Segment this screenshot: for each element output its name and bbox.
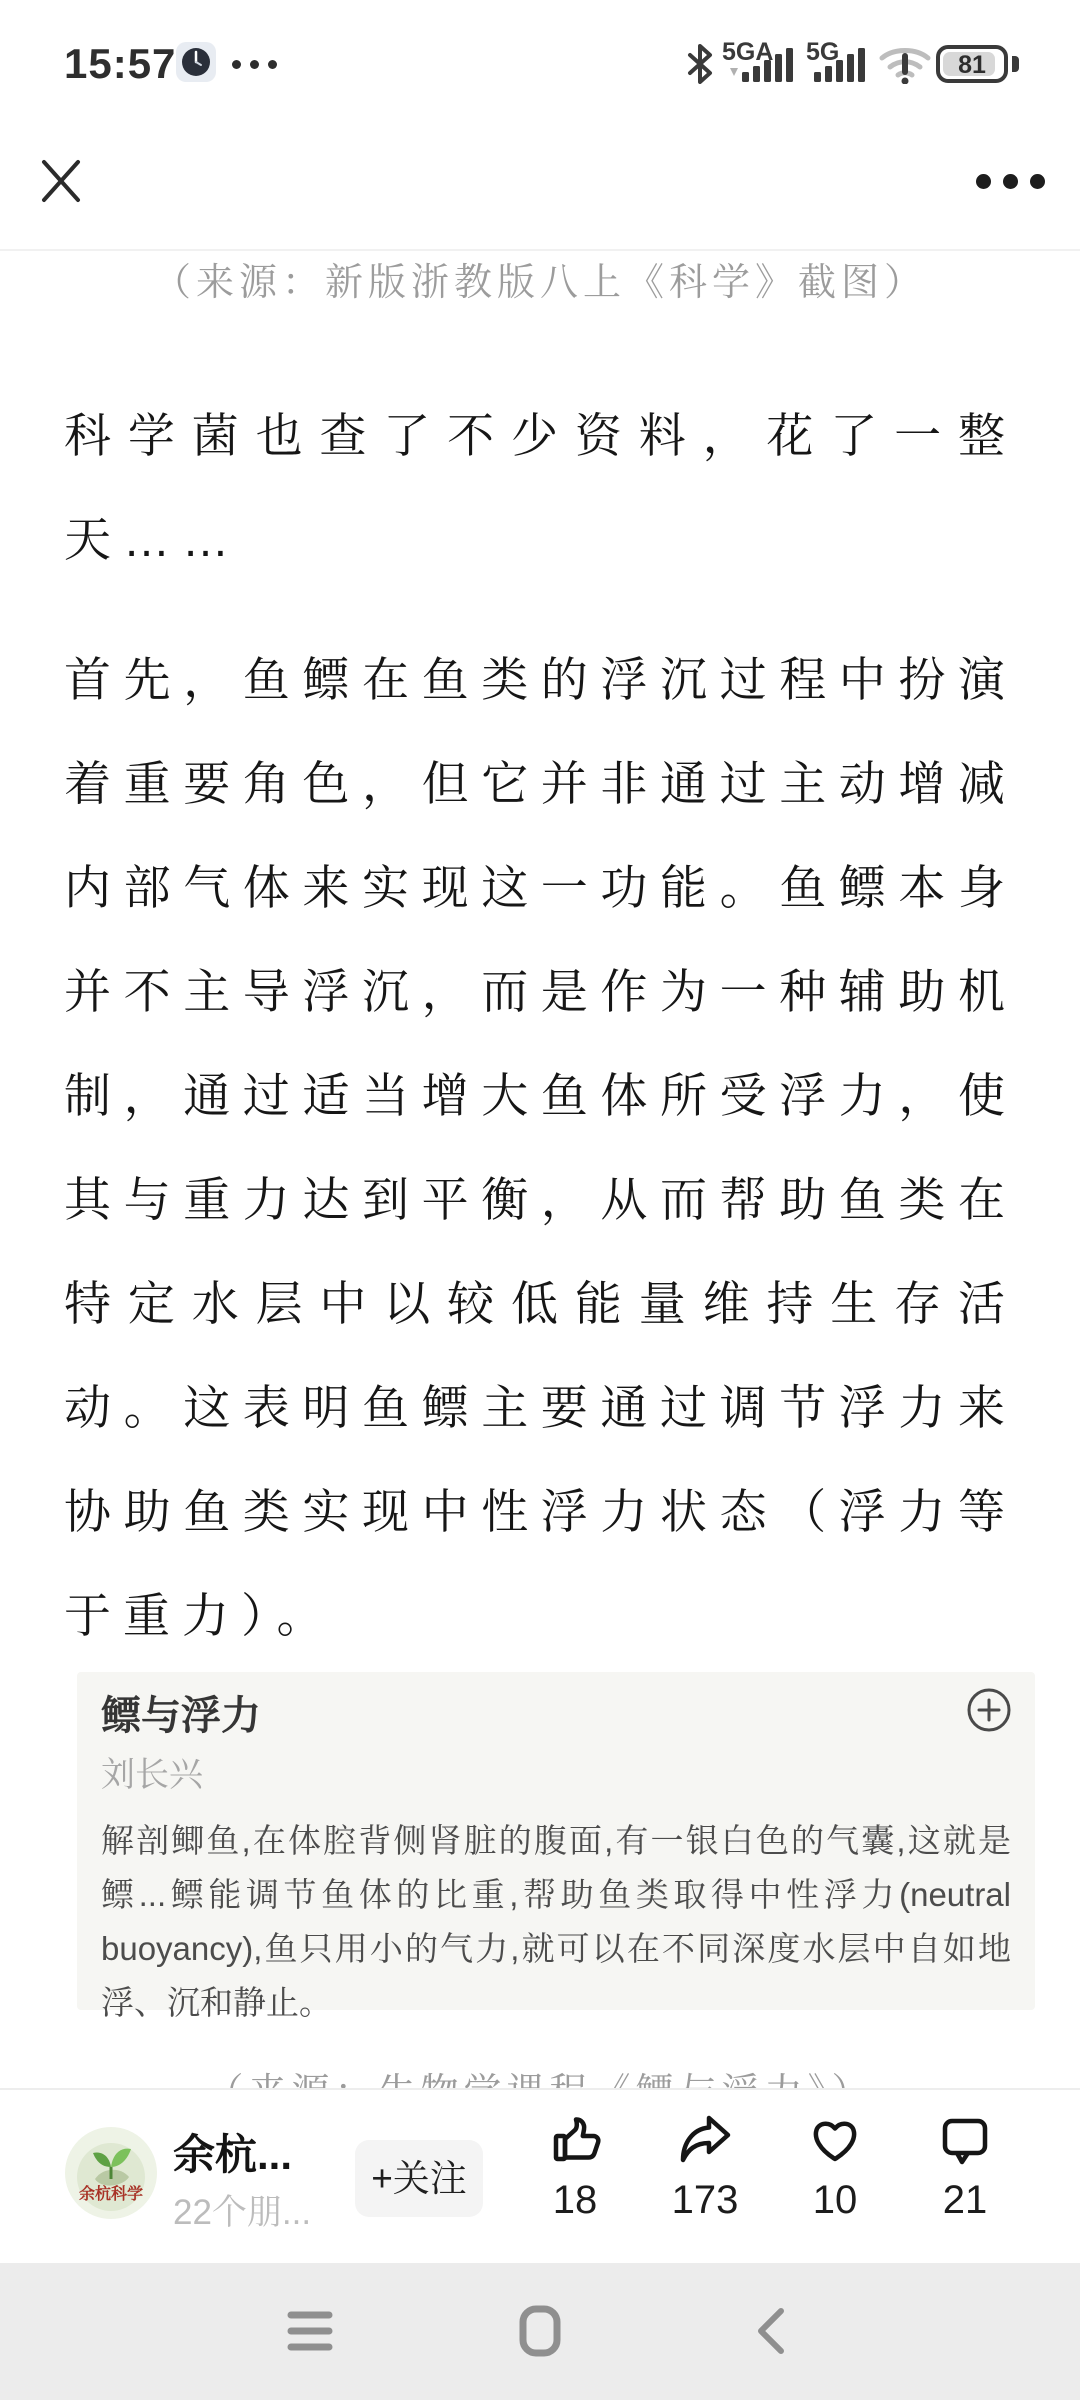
- comment-count: 21: [905, 2178, 1025, 2223]
- comment-bubble-icon: [937, 2112, 993, 2168]
- comment-action[interactable]: 21: [905, 2112, 1025, 2223]
- signal-bars-2-icon: [812, 48, 874, 82]
- share-arrow-icon: [676, 2112, 734, 2168]
- quote-card[interactable]: 鳔与浮力 刘长兴 解剖鲫鱼,在体腔背侧肾脏的腹面,有一银白色的气囊,这就是鳔..…: [77, 1672, 1035, 2010]
- battery-icon: 81: [936, 45, 1008, 83]
- favorite-action[interactable]: 10: [775, 2112, 895, 2223]
- share-count: 173: [645, 2178, 765, 2223]
- wifi-alert-icon: [878, 44, 932, 84]
- quote-card-body: 解剖鲫鱼,在体腔背侧肾脏的腹面,有一银白色的气囊,这就是鳔...鳔能调节鱼体的比…: [101, 1814, 1011, 2030]
- battery-nub: [1012, 56, 1019, 72]
- paragraph-1: 科学菌也查了不少资料，花了一整天……: [64, 384, 1017, 592]
- clock-widget-icon: [176, 42, 216, 82]
- footer-action-bar: 余杭科学 余杭... 22个朋... +关注 18 173 10: [0, 2088, 1080, 2265]
- like-action[interactable]: 18: [515, 2112, 635, 2223]
- quote-card-title: 鳔与浮力: [101, 1690, 1011, 1742]
- thumbs-up-icon: [547, 2112, 603, 2168]
- bluetooth-icon: [684, 44, 718, 84]
- close-icon[interactable]: [38, 158, 84, 204]
- share-action[interactable]: 173: [645, 2112, 765, 2223]
- clock-time: 15:57: [64, 40, 176, 88]
- author-subtitle: 22个朋...: [173, 2185, 311, 2235]
- heart-icon: [807, 2112, 863, 2168]
- screen: 15:57 5GA 5G: [0, 0, 1080, 2400]
- image-source-caption: （来源：新版浙教版八上《科学》截图）: [0, 254, 1080, 312]
- paragraph-2: 首先，鱼鳔在鱼类的浮沉过程中扮演着重要角色，但它并非通过主动增减内部气体来实现这…: [64, 628, 1017, 1668]
- battery-percent: 81: [940, 51, 1004, 80]
- follow-button[interactable]: +关注: [355, 2140, 483, 2217]
- recents-menu-icon[interactable]: [282, 2303, 338, 2359]
- signal-bars-1-icon: [728, 48, 802, 82]
- like-count: 18: [515, 2178, 635, 2223]
- quote-card-author: 刘长兴: [101, 1754, 1011, 1796]
- avatar[interactable]: 余杭科学: [65, 2127, 157, 2219]
- back-icon[interactable]: [742, 2303, 798, 2359]
- circle-plus-icon[interactable]: [965, 1686, 1013, 1734]
- favorite-count: 10: [775, 2178, 895, 2223]
- notification-dots-icon: [232, 60, 277, 69]
- home-icon[interactable]: [512, 2303, 568, 2359]
- android-nav-bar: [0, 2263, 1080, 2400]
- more-options-icon[interactable]: [976, 174, 1045, 189]
- header-divider: [0, 249, 1080, 251]
- avatar-text: 余杭科学: [79, 2184, 143, 2203]
- author-name[interactable]: 余杭...: [173, 2122, 292, 2182]
